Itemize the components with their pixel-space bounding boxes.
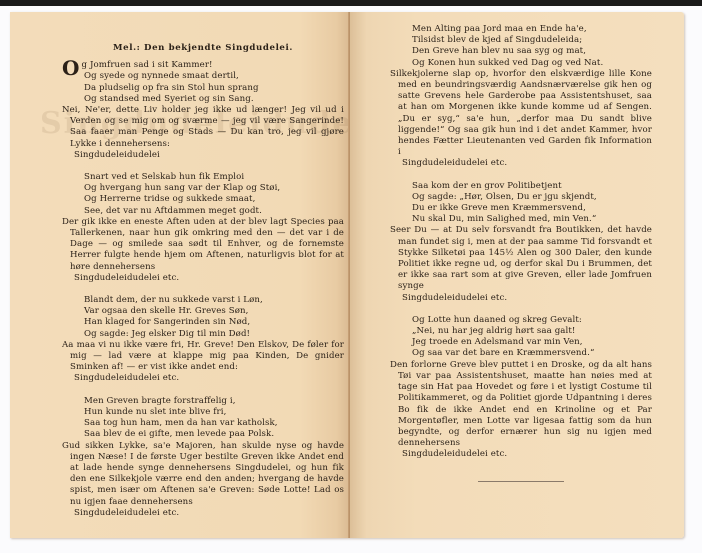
verse-line: Og saa var det bare en Kræmmersvend.“ xyxy=(390,348,652,359)
spoken-prose: Den forlorne Greve blev puttet i en Dros… xyxy=(390,360,652,450)
verse-line: Saa blev de ei gifte, men levede paa Pol… xyxy=(62,429,344,440)
spoken-prose: Gud sikken Lykke, sa'e Majoren, han skul… xyxy=(62,441,344,508)
verse-line: Og syede og nynnede smaat dertil, xyxy=(62,71,344,82)
stanza-5: Men Alting paa Jord maa en Ende ha'e, Ti… xyxy=(390,24,652,170)
verse-line: Var ogsaa den skelle Hr. Greves Søn, xyxy=(62,306,344,317)
verse-line: Og sagde: „Hør, Olsen, Du er jgu skjendt… xyxy=(390,192,652,203)
verse-line: Og standsed med Syeriet og sin Sang. xyxy=(62,94,344,105)
right-page: Men Alting paa Jord maa en Ende ha'e, Ti… xyxy=(350,12,684,538)
right-page-text: Men Alting paa Jord maa en Ende ha'e, Ti… xyxy=(390,24,652,482)
scan-top-border xyxy=(0,0,702,6)
stanza-7: Og Lotte hun daaned og skreg Gevalt: „Ne… xyxy=(390,315,652,461)
verse-line: Men Alting paa Jord maa en Ende ha'e, xyxy=(390,24,652,35)
verse-line: Men Greven bragte forstraffelig i, xyxy=(62,396,344,407)
stanza-3: Blandt dem, der nu sukkede varst i Løn, … xyxy=(62,295,344,385)
refrain: Singdudeleidudelei etc. xyxy=(62,373,344,384)
spoken-prose: Der gik ikke en eneste Aften uden at der… xyxy=(62,217,344,273)
spoken-prose: Silkekjolerne slap op, hvorfor den elskv… xyxy=(390,69,652,159)
verse-line: See, det var nu Aftdammen meget godt. xyxy=(62,206,344,217)
refrain: Singdudeleidudelei etc. xyxy=(62,273,344,284)
verse-line: Jeg troede en Adelsmand var min Ven, xyxy=(390,337,652,348)
end-rule-divider xyxy=(478,481,564,482)
verse-line: Saa kom der en grov Politibetjent xyxy=(390,181,652,192)
verse-line: Og Jomfruen sad i sit Kammer! xyxy=(62,60,344,71)
verse-line: Du er ikke Greve men Kræmmersvend, xyxy=(390,203,652,214)
verse-line: Han klaged for Sangerinden sin Nød, xyxy=(62,317,344,328)
melody-title: Mel.: Den bekjendte Singdudelei. xyxy=(62,43,344,54)
refrain: Singdudeleidudelei etc. xyxy=(390,158,652,169)
verse-line: Og sagde: Jeg elsker Dig til min Død! xyxy=(62,329,344,340)
stanza-1: Og Jomfruen sad i sit Kammer! Og syede o… xyxy=(62,60,344,161)
stanza-2: Snart ved et Selskab hun fik Emploi Og h… xyxy=(62,172,344,284)
spoken-prose: Nei, Ne'er, dette Liv holder jeg ikke ud… xyxy=(62,105,344,150)
stanza-6: Saa kom der en grov Politibetjent Og sag… xyxy=(390,181,652,304)
verse-line: Hun kunde nu slet inte blive fri, xyxy=(62,407,344,418)
refrain: Singdudeleidudelei etc. xyxy=(390,293,652,304)
booklet-spread: Singdudeleidudelei Mel.: Den bekjendte S… xyxy=(10,12,686,538)
refrain: Singdudeleidudelei etc. xyxy=(390,449,652,460)
refrain: Singdudeleidudelei xyxy=(62,150,344,161)
spoken-prose: Seer Du — at Du selv forsvandt fra Bouti… xyxy=(390,225,652,292)
verse-line: Da pludselig op fra sin Stol hun sprang xyxy=(62,83,344,94)
verse-line: Saa tog hun ham, men da han var katholsk… xyxy=(62,418,344,429)
verse-line: Og Lotte hun daaned og skreg Gevalt: xyxy=(390,315,652,326)
verse-line: Nu skal Du, min Salighed med, min Ven.“ xyxy=(390,214,652,225)
verse-line: Tilsidst blev de kjed af Singdudeleida; xyxy=(390,35,652,46)
verse-line: Blandt dem, der nu sukkede varst i Løn, xyxy=(62,295,344,306)
drop-cap: O xyxy=(62,61,80,75)
spoken-prose: Aa maa vi nu ikke være fri, Hr. Greve! D… xyxy=(62,340,344,374)
left-page-text: Mel.: Den bekjendte Singdudelei. Og Jomf… xyxy=(62,43,344,530)
verse-line: Og hvergang hun sang var der Klap og Stø… xyxy=(62,183,344,194)
left-page: Singdudeleidudelei Mel.: Den bekjendte S… xyxy=(10,12,350,538)
verse-line: Og Herrerne tridse og sukkede smaat, xyxy=(62,194,344,205)
verse-line: Den Greve han blev nu saa syg og mat, xyxy=(390,46,652,57)
refrain: Singdudeleidudelei etc. xyxy=(62,508,344,519)
verse-line: „Nei, nu har jeg aldrig hørt saa galt! xyxy=(390,326,652,337)
verse-line: Og Konen hun sukked ved Dag og ved Nat. xyxy=(390,58,652,69)
verse-line: Snart ved et Selskab hun fik Emploi xyxy=(62,172,344,183)
stanza-4: Men Greven bragte forstraffelig i, Hun k… xyxy=(62,396,344,519)
